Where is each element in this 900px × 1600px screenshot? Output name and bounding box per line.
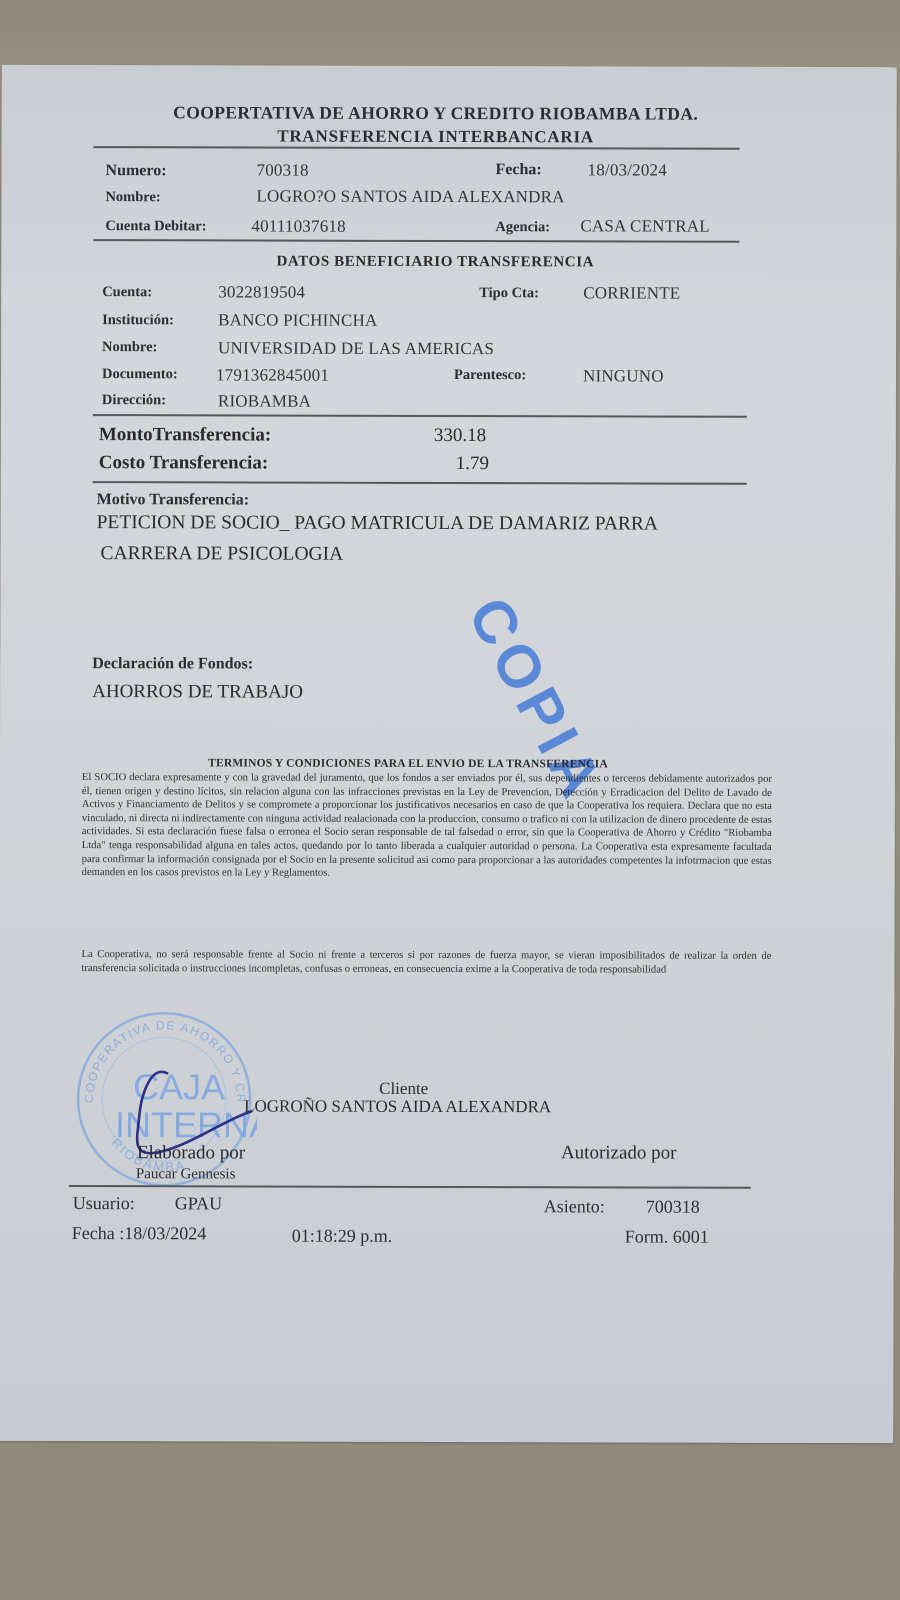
footer-fecha-value: 18/03/2024 — [124, 1223, 206, 1243]
cuenta-debitar-label: Cuenta Debitar: — [105, 218, 206, 235]
institution-name: COOPERTATIVA DE AHORRO Y CREDITO RIOBAMB… — [2, 102, 870, 125]
divider — [93, 414, 747, 418]
monto-value: 330.18 — [434, 425, 486, 447]
documento-label: Documento: — [102, 366, 178, 383]
footer-fecha-label: Fecha : — [72, 1223, 125, 1243]
declaracion-value: AHORROS DE TRABAJO — [92, 681, 303, 704]
costo-label: Costo Transferencia: — [99, 452, 268, 474]
numero-value: 700318 — [257, 160, 309, 180]
parentesco-value: NINGUNO — [583, 366, 664, 386]
documento-value: 1791362845001 — [216, 365, 329, 385]
beneficiary-section-title: DATOS BENEFICIARIO TRANSFERENCIA — [1, 253, 869, 272]
nombre-value: LOGRO?O SANTOS AIDA ALEXANDRA — [256, 186, 564, 207]
autorizado-label: Autorizado por — [561, 1142, 677, 1164]
terms-text-1: El SOCIO declara expresamente y con la g… — [82, 771, 772, 882]
agencia-value: CASA CENTRAL — [580, 216, 710, 236]
beneficiary-nombre-label: Nombre: — [102, 339, 157, 356]
transfer-receipt-paper: COOPERTATIVA DE AHORRO Y CREDITO RIOBAMB… — [0, 65, 897, 1443]
direccion-label: Dirección: — [102, 392, 166, 409]
terms-paragraph-1: El SOCIO declara expresamente y con la g… — [82, 771, 772, 882]
terms-text-2: La Cooperativa, no será responsable fren… — [81, 948, 771, 977]
divider — [94, 146, 740, 150]
elaborado-name: Paucar Gennesis — [136, 1166, 236, 1183]
terms-paragraph-2: La Cooperativa, no será responsable fren… — [81, 948, 771, 977]
footer-hora: 01:18:29 p.m. — [292, 1226, 393, 1247]
beneficiary-cuenta-label: Cuenta: — [102, 284, 152, 301]
beneficiary-nombre-value: UNIVERSIDAD DE LAS AMERICAS — [218, 338, 494, 359]
motivo-line-2: CARRERA DE PSICOLOGIA — [100, 543, 343, 566]
document-title: TRANSFERENCIA INTERBANCARIA — [2, 126, 870, 148]
numero-label: Numero: — [106, 162, 167, 180]
cliente-name: LOGROÑO SANTOS AIDA ALEXANDRA — [244, 1096, 551, 1117]
usuario-value: GPAU — [175, 1193, 222, 1214]
cuenta-debitar-value: 40111037618 — [251, 216, 346, 236]
institucion-value: BANCO PICHINCHA — [218, 310, 377, 330]
divider — [93, 481, 747, 485]
terms-title: TERMINOS Y CONDICIONES PARA EL ENVIO DE … — [0, 757, 816, 771]
asiento-value: 700318 — [646, 1197, 700, 1218]
footer-fecha: Fecha :18/03/2024 — [72, 1223, 207, 1244]
asiento-label: Asiento: — [544, 1196, 605, 1217]
tipo-cta-label: Tipo Cta: — [479, 285, 539, 302]
institucion-label: Institución: — [102, 312, 174, 329]
fecha-value: 18/03/2024 — [588, 160, 668, 180]
beneficiary-cuenta-value: 3022819504 — [218, 282, 305, 302]
parentesco-label: Parentesco: — [454, 367, 526, 384]
form-number: Form. 6001 — [625, 1226, 709, 1247]
tipo-cta-value: CORRIENTE — [583, 283, 680, 303]
divider — [93, 239, 739, 243]
monto-label: MontoTransferencia: — [99, 424, 271, 446]
motivo-label: Motivo Transferencia: — [97, 491, 249, 509]
costo-value: 1.79 — [456, 453, 489, 475]
motivo-line-1: PETICION DE SOCIO_ PAGO MATRICULA DE DAM… — [97, 512, 658, 535]
fecha-label: Fecha: — [496, 161, 542, 179]
agencia-label: Agencia: — [495, 219, 550, 236]
declaracion-label: Declaración de Fondos: — [92, 655, 253, 673]
elaborado-label: Elaborado por — [137, 1142, 245, 1164]
usuario-label: Usuario: — [73, 1193, 135, 1214]
nombre-label: Nombre: — [105, 189, 160, 206]
direccion-value: RIOBAMBA — [218, 391, 311, 411]
